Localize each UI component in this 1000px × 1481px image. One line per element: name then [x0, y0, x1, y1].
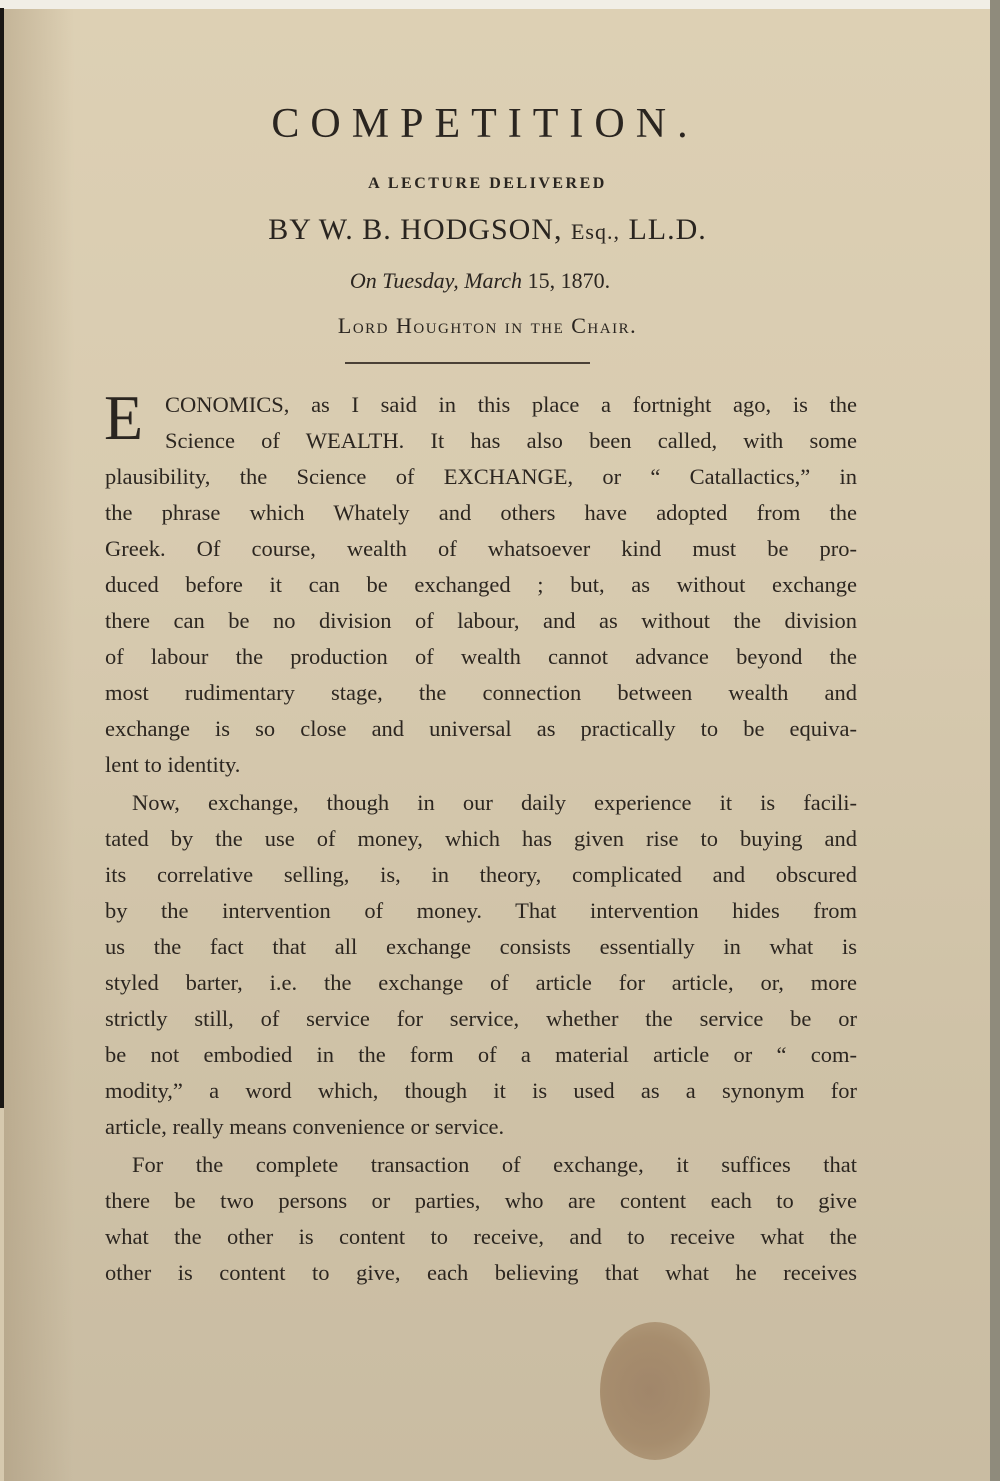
author-degree: LL.D.	[628, 213, 706, 246]
text-line: CONOMICS, as I said in this place a fort…	[165, 390, 857, 420]
page-title: COMPETITION.	[0, 100, 970, 148]
text-line: be not embodied in the form of a materia…	[105, 1040, 857, 1070]
date-month: March	[464, 268, 522, 293]
text-line: tated by the use of money, which has giv…	[105, 824, 857, 854]
chair-line: Lord Houghton in the Chair.	[0, 313, 975, 339]
author-name: BY W. B. HODGSON,	[268, 213, 562, 246]
text-line: there can be no division of labour, and …	[105, 606, 857, 636]
text-line: what the other is content to receive, an…	[105, 1222, 857, 1252]
text-line: there be two persons or parties, who are…	[105, 1186, 857, 1216]
paper-stain	[600, 1322, 710, 1460]
text-line: most rudimentary stage, the connection b…	[105, 678, 857, 708]
author-honorific: Esq.,	[571, 219, 620, 244]
text-line: For the complete transaction of exchange…	[132, 1150, 857, 1180]
scan-top-edge	[0, 0, 1000, 9]
text-line: exchange is so close and universal as pr…	[105, 714, 857, 744]
text-line: Greek. Of course, wealth of whatsoever k…	[105, 534, 857, 564]
text-line: strictly still, of service for service, …	[105, 1004, 857, 1034]
text-line: its correlative selling, is, in theory, …	[105, 860, 857, 890]
text-line: us the fact that all exchange consists e…	[105, 932, 857, 962]
text-line: of labour the production of wealth canno…	[105, 642, 857, 672]
section-divider	[345, 362, 590, 364]
author-byline: BY W. B. HODGSON, Esq., LL.D.	[0, 213, 975, 247]
text-line: modity,” a word which, though it is used…	[105, 1076, 857, 1106]
text-line: lent to identity.	[105, 750, 857, 780]
text-line: other is content to give, each believing…	[105, 1258, 857, 1288]
date-day: On Tuesday,	[350, 268, 459, 293]
scan-right-edge	[990, 0, 1000, 1481]
lecture-subtitle: A LECTURE DELIVERED	[0, 175, 975, 193]
text-line: plausibility, the Science of EXCHANGE, o…	[105, 462, 857, 492]
text-line: Science of WEALTH. It has also been call…	[165, 426, 857, 456]
text-line: styled barter, i.e. the exchange of arti…	[105, 968, 857, 998]
text-line: Now, exchange, though in our daily exper…	[132, 788, 857, 818]
text-line: article, really means convenience or ser…	[105, 1112, 857, 1142]
date-rest: 15, 1870.	[528, 268, 611, 293]
drop-cap: E	[104, 386, 143, 450]
lecture-date: On Tuesday, March 15, 1870.	[0, 268, 960, 294]
text-line: by the intervention of money. That inter…	[105, 896, 857, 926]
text-line: the phrase which Whately and others have…	[105, 498, 857, 528]
text-line: duced before it can be exchanged ; but, …	[105, 570, 857, 600]
